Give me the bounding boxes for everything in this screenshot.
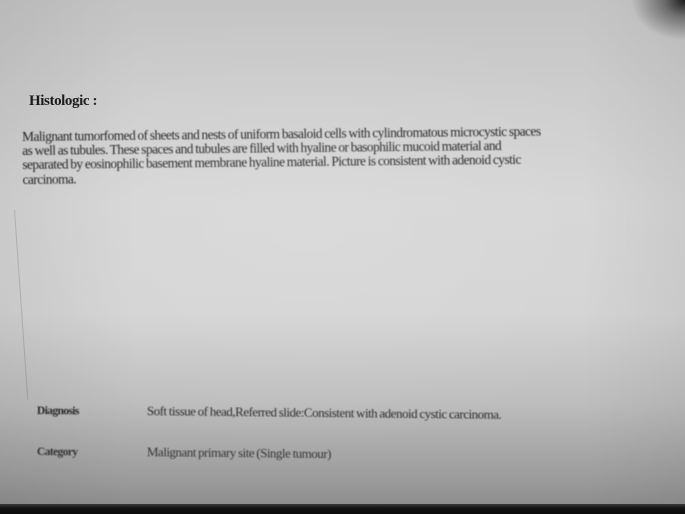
histologic-heading: Histologic :: [29, 93, 97, 110]
monitor-screen: Histologic : Malignant tumorfomed of she…: [0, 0, 685, 504]
monitor-bezel: [0, 504, 685, 514]
histologic-description: Malignant tumorfomed of sheets and nests…: [22, 123, 673, 187]
category-value: Malignant primary site (Single tumour): [147, 444, 331, 462]
diagnosis-row: Diagnosis Soft tissue of head,Referred s…: [37, 402, 502, 423]
diagnosis-label: Diagnosis: [37, 405, 147, 418]
category-row: Category Malignant primary site (Single …: [37, 443, 331, 462]
screen-glare-line: [14, 210, 28, 400]
diagnosis-value: Soft tissue of head,Referred slide:Consi…: [147, 403, 502, 423]
category-label: Category: [37, 446, 147, 459]
